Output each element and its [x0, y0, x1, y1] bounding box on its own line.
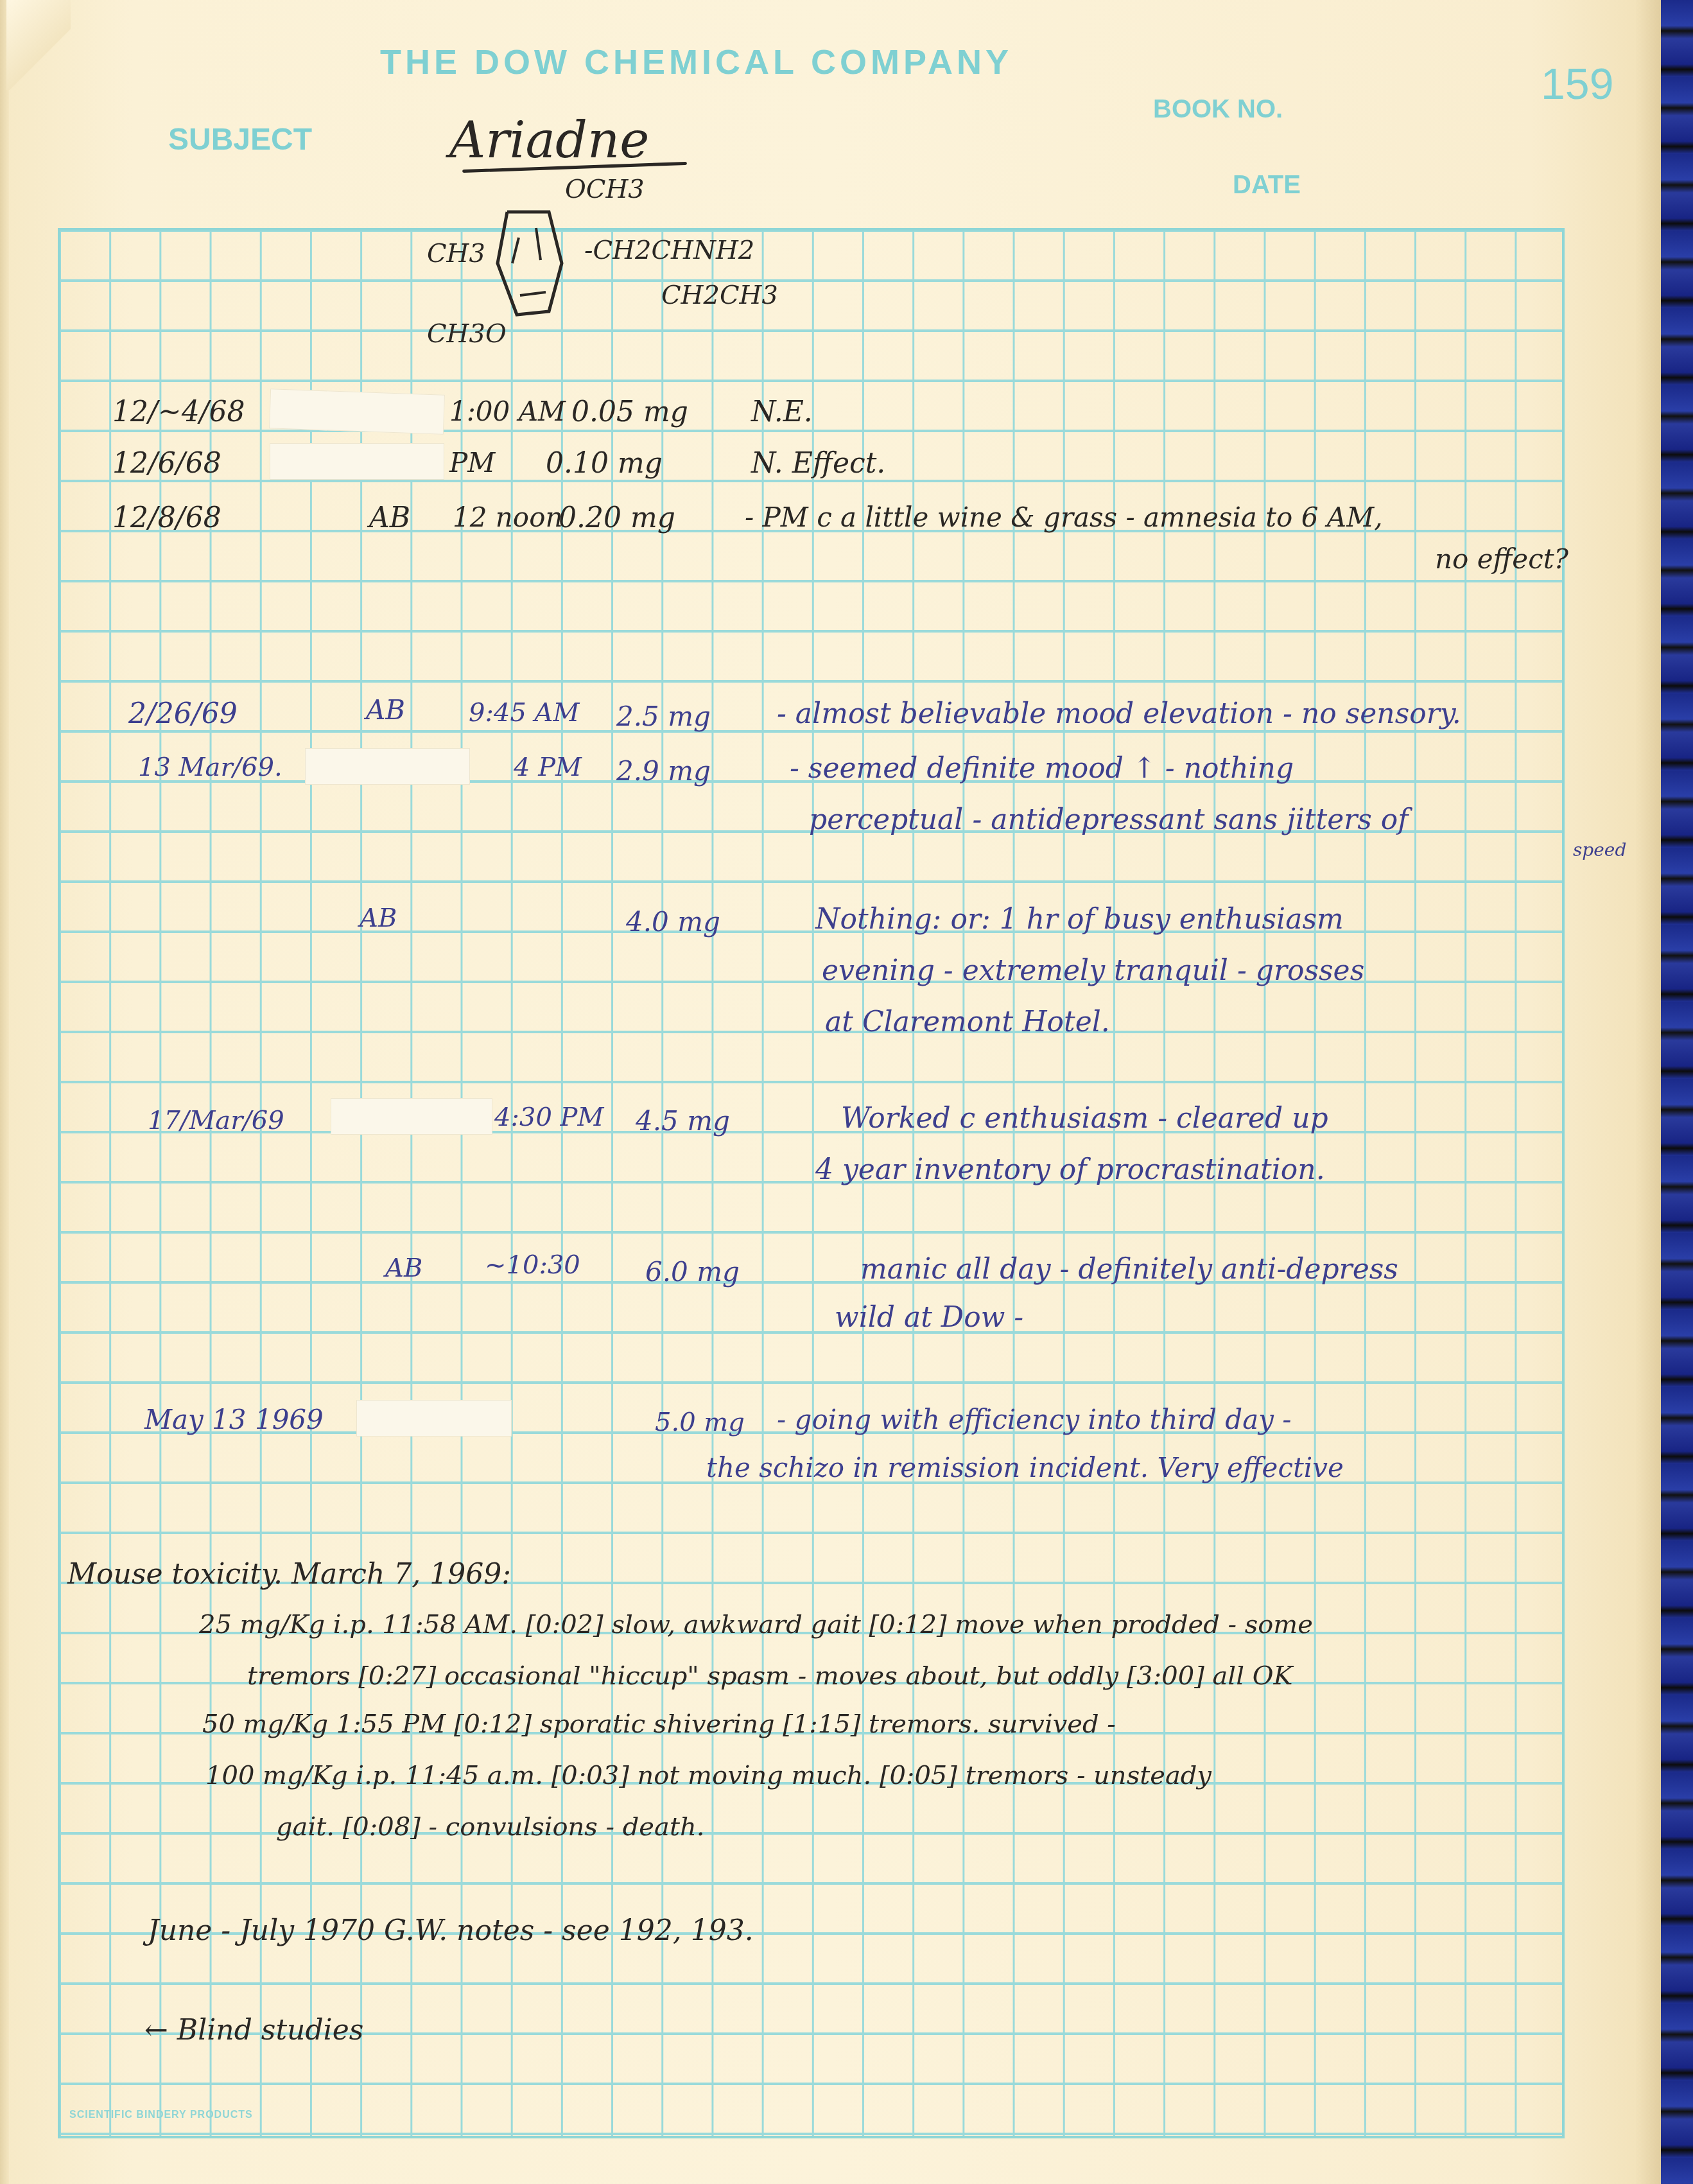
entry-note-cont2: speed [1573, 841, 1626, 859]
entry-dose: 4.0 mg [626, 909, 720, 936]
entry-initials: AB [360, 905, 397, 931]
entry-time: PM [449, 450, 495, 476]
entry-time: 1:00 AM [449, 398, 566, 425]
entry-dose: 2.5 mg [616, 703, 711, 730]
redaction-patch [270, 443, 444, 480]
toxicity-line: 25 mg/Kg i.p. 11:58 AM. [0:02] slow, awk… [199, 1612, 1313, 1638]
entry-note: N. Effect. [751, 450, 885, 478]
toxicity-line: 50 mg/Kg 1:55 PM [0:12] sporatic shiveri… [202, 1711, 1116, 1737]
entry-dose: 5.0 mg [655, 1410, 745, 1435]
entry-date: May 13 1969 [144, 1406, 324, 1433]
entry-date: 12/~4/68 [112, 398, 245, 426]
book-no-label: BOOK NO. [1153, 95, 1283, 124]
bindery-imprint: SCIENTIFIC BINDERY PRODUCTS [69, 2110, 253, 2121]
toxicity-heading: Mouse toxicity. March 7, 1969: [67, 1560, 511, 1589]
entry-time: 4 PM [514, 755, 582, 780]
entry-note-cont: 4 year inventory of procrastination. [815, 1156, 1325, 1184]
entry-note: - seemed definite mood ↑ - nothing [790, 755, 1294, 783]
redaction-patch [269, 389, 445, 434]
entry-date: 12/6/68 [112, 450, 221, 478]
page-right-shadow [1635, 0, 1661, 2184]
entry-note: Nothing: or: 1 hr of busy enthusiasm [815, 905, 1344, 934]
subject-label: SUBJECT [168, 122, 312, 157]
entry-note-cont: no effect? [1435, 546, 1568, 573]
entry-initials: AB [369, 504, 410, 532]
entry-note: - almost believable mood elevation - no … [777, 700, 1461, 728]
toxicity-line: 100 mg/Kg i.p. 11:45 a.m. [0:03] not mov… [205, 1763, 1211, 1788]
entry-note-cont: the schizo in remission incident. Very e… [706, 1455, 1344, 1481]
entry-dose: 0.05 mg [571, 398, 688, 426]
entry-note-cont2: at Claremont Hotel. [825, 1008, 1110, 1036]
company-header: THE DOW CHEMICAL COMPANY [380, 42, 1012, 82]
substituent-bottom-left: CH3O [427, 321, 507, 347]
entry-time: ~10:30 [485, 1252, 580, 1278]
entry-note: N.E. [751, 398, 813, 426]
subject-value: Ariadne [449, 116, 649, 166]
entry-time: 9:45 AM [469, 700, 579, 726]
toxicity-line: gait. [0:08] - convulsions - death. [276, 1814, 704, 1840]
substituent-top: OCH3 [565, 177, 645, 202]
entry-time: 12 noon [453, 504, 562, 531]
redaction-patch [331, 1098, 492, 1135]
substituent-left: CH3 [427, 241, 485, 266]
spiral-binding [1661, 0, 1693, 2184]
entry-date: 17/Mar/69 [148, 1108, 284, 1133]
substituent-right-branch: CH2CH3 [661, 283, 778, 308]
entry-dose: 2.9 mg [616, 758, 711, 785]
entry-note-cont: evening - extremely tranquil - grosses [822, 957, 1364, 985]
entry-date: 12/8/68 [112, 504, 221, 532]
entry-note-cont: perceptual - antidepressant sans jitters… [809, 806, 1409, 834]
toxicity-line: tremors [0:27] occasional "hiccup" spasm… [247, 1663, 1292, 1689]
redaction-patch [305, 748, 470, 785]
blind-studies-note: ← Blind studies [144, 2016, 363, 2045]
page-number: 159 [1541, 59, 1613, 109]
entry-note: - PM c a little wine & grass - amnesia t… [745, 504, 1382, 531]
entry-dose: 0.10 mg [546, 450, 663, 478]
cross-reference-note: June - July 1970 G.W. notes - see 192, 1… [148, 1917, 754, 1945]
entry-date: 2/26/69 [128, 700, 238, 728]
entry-initials: AB [385, 1255, 422, 1281]
entry-initials: AB [366, 697, 405, 724]
entry-date: 13 Mar/69. [138, 755, 282, 780]
folded-corner [6, 0, 71, 90]
page-left-edge [0, 0, 9, 2184]
entry-time: 4:30 PM [494, 1105, 603, 1130]
substituent-right: -CH2CHNH2 [584, 238, 754, 263]
entry-note-cont: wild at Dow - [835, 1304, 1023, 1332]
entry-dose: 4.5 mg [636, 1108, 730, 1135]
entry-dose: 6.0 mg [645, 1259, 740, 1286]
entry-note: manic all day - definitely anti-depress [860, 1255, 1398, 1284]
redaction-patch [356, 1400, 512, 1437]
entry-note: Worked c enthusiasm - cleared up [841, 1105, 1328, 1133]
benzene-ring-icon [494, 193, 578, 334]
entry-note: - going with efficiency into third day - [777, 1406, 1291, 1433]
date-label: DATE [1233, 171, 1301, 200]
entry-dose: 0.20 mg [559, 504, 675, 532]
